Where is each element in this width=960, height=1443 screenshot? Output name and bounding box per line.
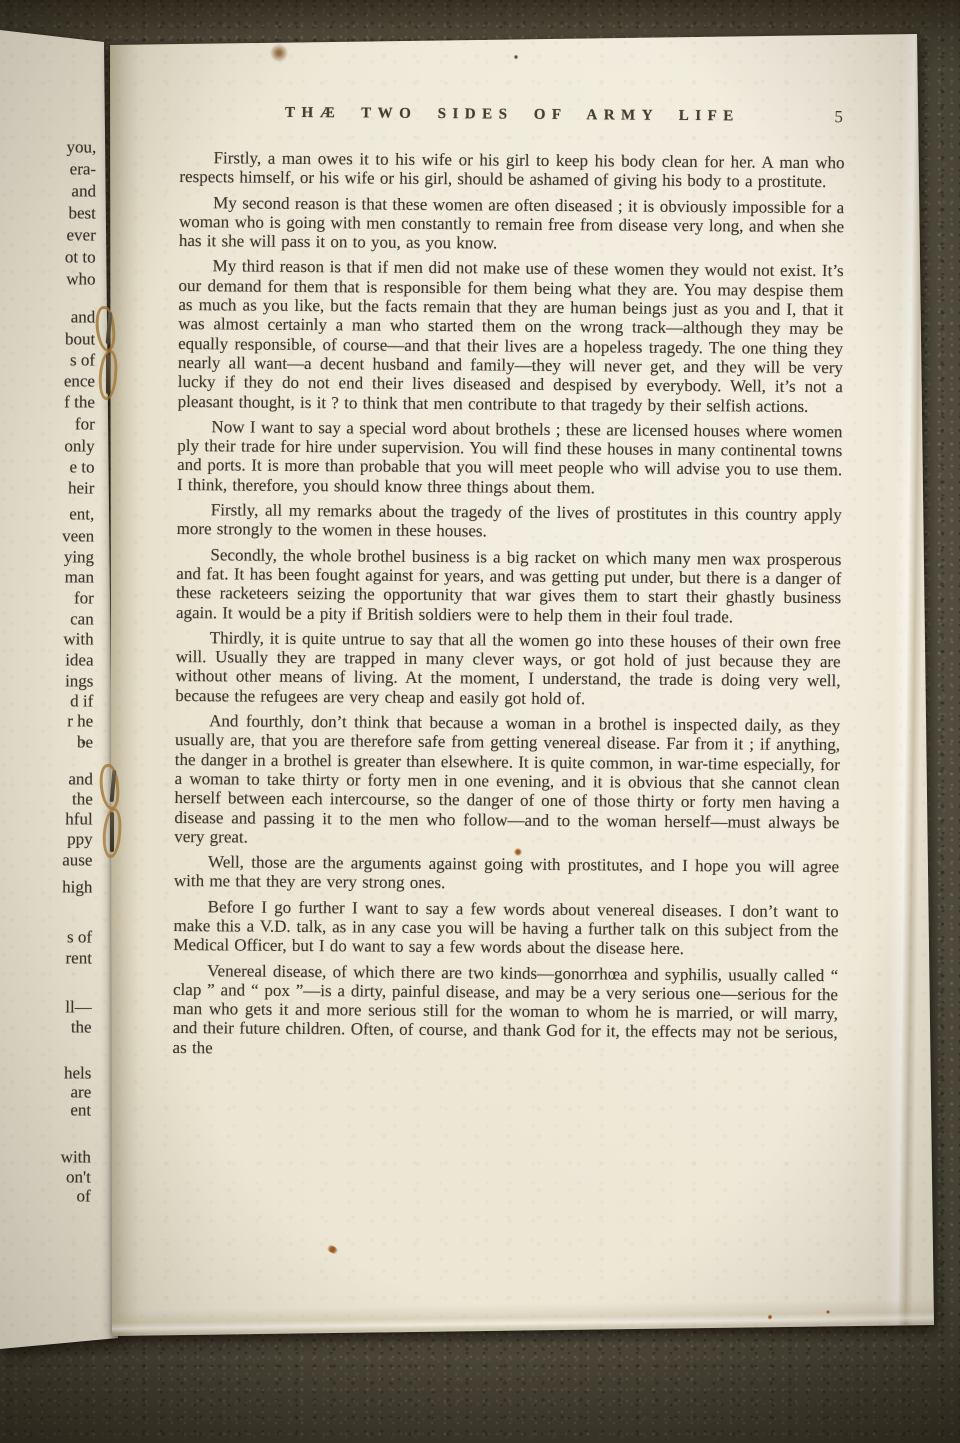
ink-dot-stain [514, 54, 518, 60]
paragraphs: Firstly, a man owes it to his wife or hi… [173, 148, 845, 1062]
paragraph: Now I want to say a special word about b… [177, 417, 843, 499]
booklet-page: THÆ TWO SIDES OF ARMY LIFE 5 Firstly, a … [0, 0, 960, 1443]
running-header: THÆ TWO SIDES OF ARMY LIFE 5 [180, 104, 845, 129]
paragraph: Firstly, all my remarks about the traged… [177, 500, 842, 544]
right-page-shadow: THÆ TWO SIDES OF ARMY LIFE 5 Firstly, a … [0, 0, 960, 1443]
paragraph: Firstly, a man owes it to his wife or hi… [179, 148, 844, 192]
staple-icon [97, 762, 127, 862]
staple-wire [106, 354, 110, 394]
paragraph: Thirdly, it is quite untrue to say that … [175, 628, 841, 710]
page-content: THÆ TWO SIDES OF ARMY LIFE 5 Firstly, a … [101, 0, 917, 1443]
paragraph: My second reason is that these women are… [179, 193, 844, 256]
paragraph: Secondly, the whole brothel business is … [176, 545, 842, 627]
paragraph: My third reason is that if men did not m… [178, 256, 844, 416]
staple-rust-stain [98, 763, 122, 811]
ink-dot-stain [81, 740, 86, 745]
staple-icon [93, 304, 123, 404]
page-header-title: THÆ TWO SIDES OF ARMY LIFE [285, 105, 740, 126]
photo: you,era-andbesteverot towhoandbouts ofen… [0, 0, 960, 1443]
staple-wire [110, 812, 114, 852]
paragraph: Well, those are the arguments against go… [174, 852, 839, 896]
page-number: 5 [834, 107, 843, 127]
spot-stain [270, 44, 288, 62]
paragraph: And fourthly, don’t think that because a… [174, 711, 840, 851]
staple-rust-stain [94, 305, 118, 353]
paragraph: Before I go further I want to say a few … [173, 897, 838, 960]
paragraph: Venereal disease, of which there are two… [173, 961, 839, 1063]
